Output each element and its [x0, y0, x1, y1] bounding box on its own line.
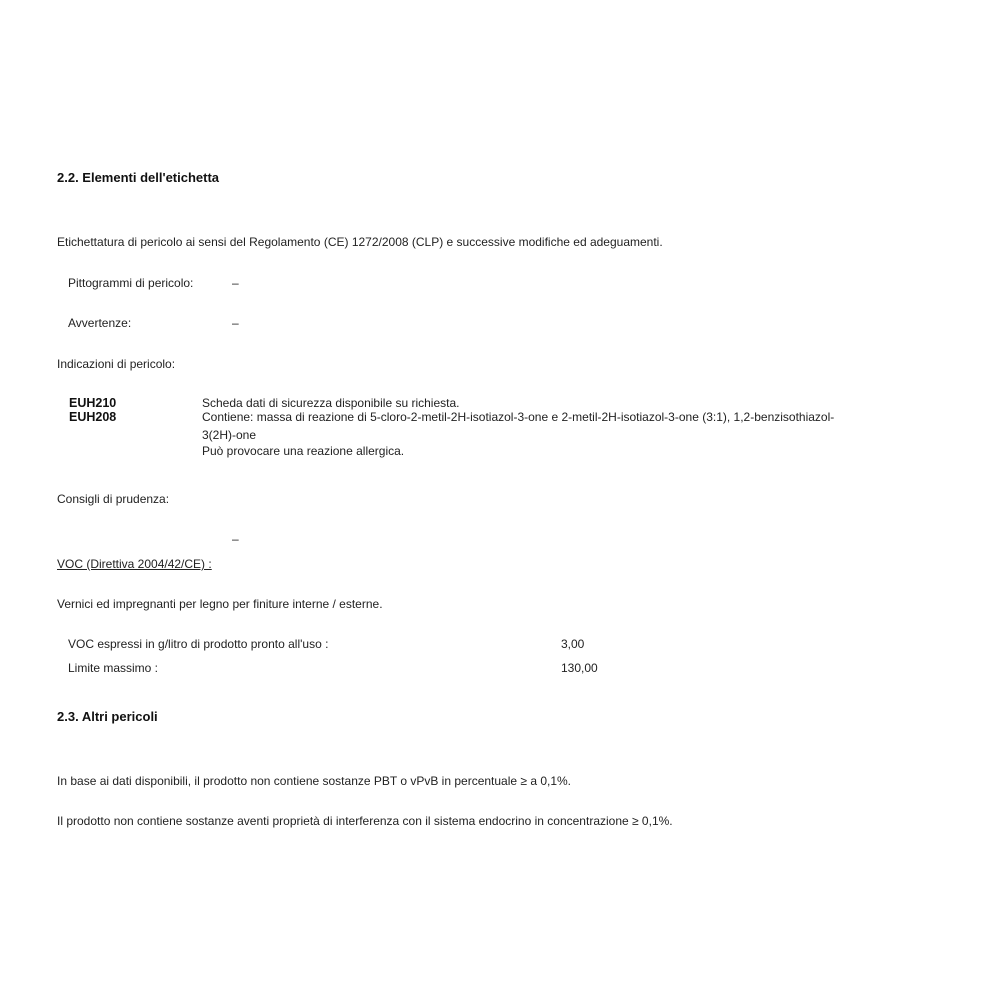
hazard-statement-line: Può provocare una reazione allergica. [202, 444, 404, 458]
hazard-statements-label: Indicazioni di pericolo: [57, 357, 175, 371]
clp-intro-text: Etichettatura di pericolo ai sensi del R… [57, 235, 663, 249]
voc-category: Vernici ed impregnanti per legno per fin… [57, 597, 383, 611]
hazard-statement-line: 3(2H)-one [202, 428, 256, 442]
hazard-code-euh208: EUH208 [69, 410, 116, 424]
voc-row-label: Limite massimo : [68, 661, 158, 675]
precautionary-statements-value: – [232, 532, 239, 546]
endocrine-statement: Il prodotto non contiene sostanze aventi… [57, 814, 673, 828]
section-2-2-title: 2.2. Elementi dell'etichetta [57, 170, 219, 185]
section-2-3-title: 2.3. Altri pericoli [57, 709, 158, 724]
precautionary-statements-label: Consigli di prudenza: [57, 492, 169, 506]
voc-row-value: 3,00 [561, 637, 584, 651]
pictograms-label: Pittogrammi di pericolo: [68, 276, 193, 290]
voc-row-value: 130,00 [561, 661, 598, 675]
signal-word-value: – [232, 316, 239, 330]
hazard-statement-line: Contiene: massa di reazione di 5-cloro-2… [202, 410, 834, 424]
hazard-statement-line: Scheda dati di sicurezza disponibile su … [202, 396, 459, 410]
pictograms-value: – [232, 276, 239, 290]
pbt-vpvb-statement: In base ai dati disponibili, il prodotto… [57, 774, 571, 788]
hazard-code-euh210: EUH210 [69, 396, 116, 410]
signal-word-label: Avvertenze: [68, 316, 131, 330]
voc-title: VOC (Direttiva 2004/42/CE) : [57, 557, 212, 571]
voc-row-label: VOC espressi in g/litro di prodotto pron… [68, 637, 328, 651]
